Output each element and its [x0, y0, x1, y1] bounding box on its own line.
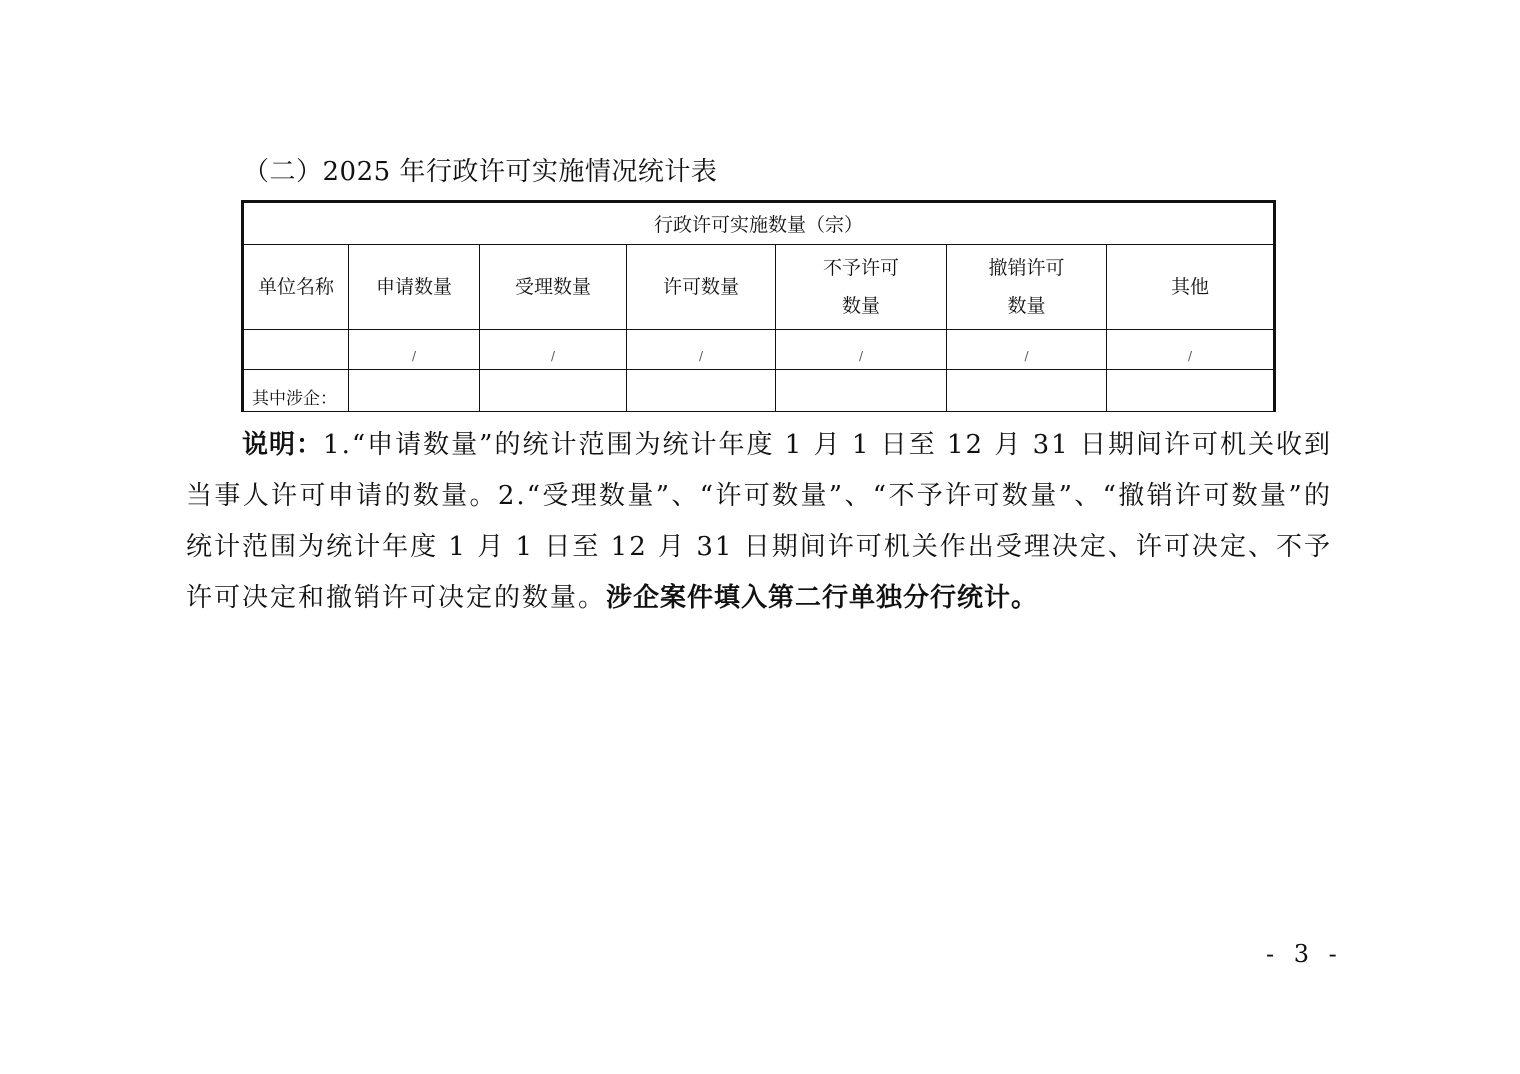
note-emphasis: 涉企案件填入第二行单独分行统计。: [606, 583, 1038, 613]
cell-accepted: /: [480, 330, 627, 370]
column-header-applications: 申请数量: [349, 245, 480, 330]
column-header-other: 其他: [1107, 245, 1275, 330]
cell-enterprise-other: [1107, 370, 1275, 412]
cell-unit-name: [243, 330, 349, 370]
cell-revoked: /: [947, 330, 1107, 370]
cell-granted: /: [627, 330, 776, 370]
cell-other: /: [1107, 330, 1275, 370]
page-number: - 3 -: [1266, 940, 1343, 968]
cell-enterprise-granted: [627, 370, 776, 412]
section-title: （二）2025 年行政许可实施情况统计表: [243, 154, 717, 190]
statistics-table-container: 行政许可实施数量（宗） 单位名称 申请数量 受理数量 许可数量 不予许可数量 撤…: [241, 200, 1273, 410]
cell-enterprise-label: 其中涉企：: [243, 370, 349, 412]
table-column-header-row: 单位名称 申请数量 受理数量 许可数量 不予许可数量 撤销许可数量 其他: [243, 245, 1275, 330]
note-label: 说明：: [242, 430, 323, 460]
group-header-cell: 行政许可实施数量（宗）: [243, 202, 1275, 245]
cell-enterprise-applications: [349, 370, 480, 412]
cell-applications: /: [349, 330, 480, 370]
column-header-accepted: 受理数量: [480, 245, 627, 330]
column-header-unit-name: 单位名称: [243, 245, 349, 330]
cell-enterprise-accepted: [480, 370, 627, 412]
cell-denied: /: [776, 330, 947, 370]
column-header-denied: 不予许可数量: [776, 245, 947, 330]
table-row: / / / / / /: [243, 330, 1275, 370]
table-group-header-row: 行政许可实施数量（宗）: [243, 202, 1275, 245]
column-header-granted: 许可数量: [627, 245, 776, 330]
cell-enterprise-denied: [776, 370, 947, 412]
explanatory-note: 说明：1.“申请数量”的统计范围为统计年度 1 月 1 日至 12 月 31 日…: [186, 420, 1332, 624]
table-row-enterprise: 其中涉企：: [243, 370, 1275, 412]
column-header-revoked: 撤销许可数量: [947, 245, 1107, 330]
cell-enterprise-revoked: [947, 370, 1107, 412]
statistics-table: 行政许可实施数量（宗） 单位名称 申请数量 受理数量 许可数量 不予许可数量 撤…: [241, 200, 1276, 412]
